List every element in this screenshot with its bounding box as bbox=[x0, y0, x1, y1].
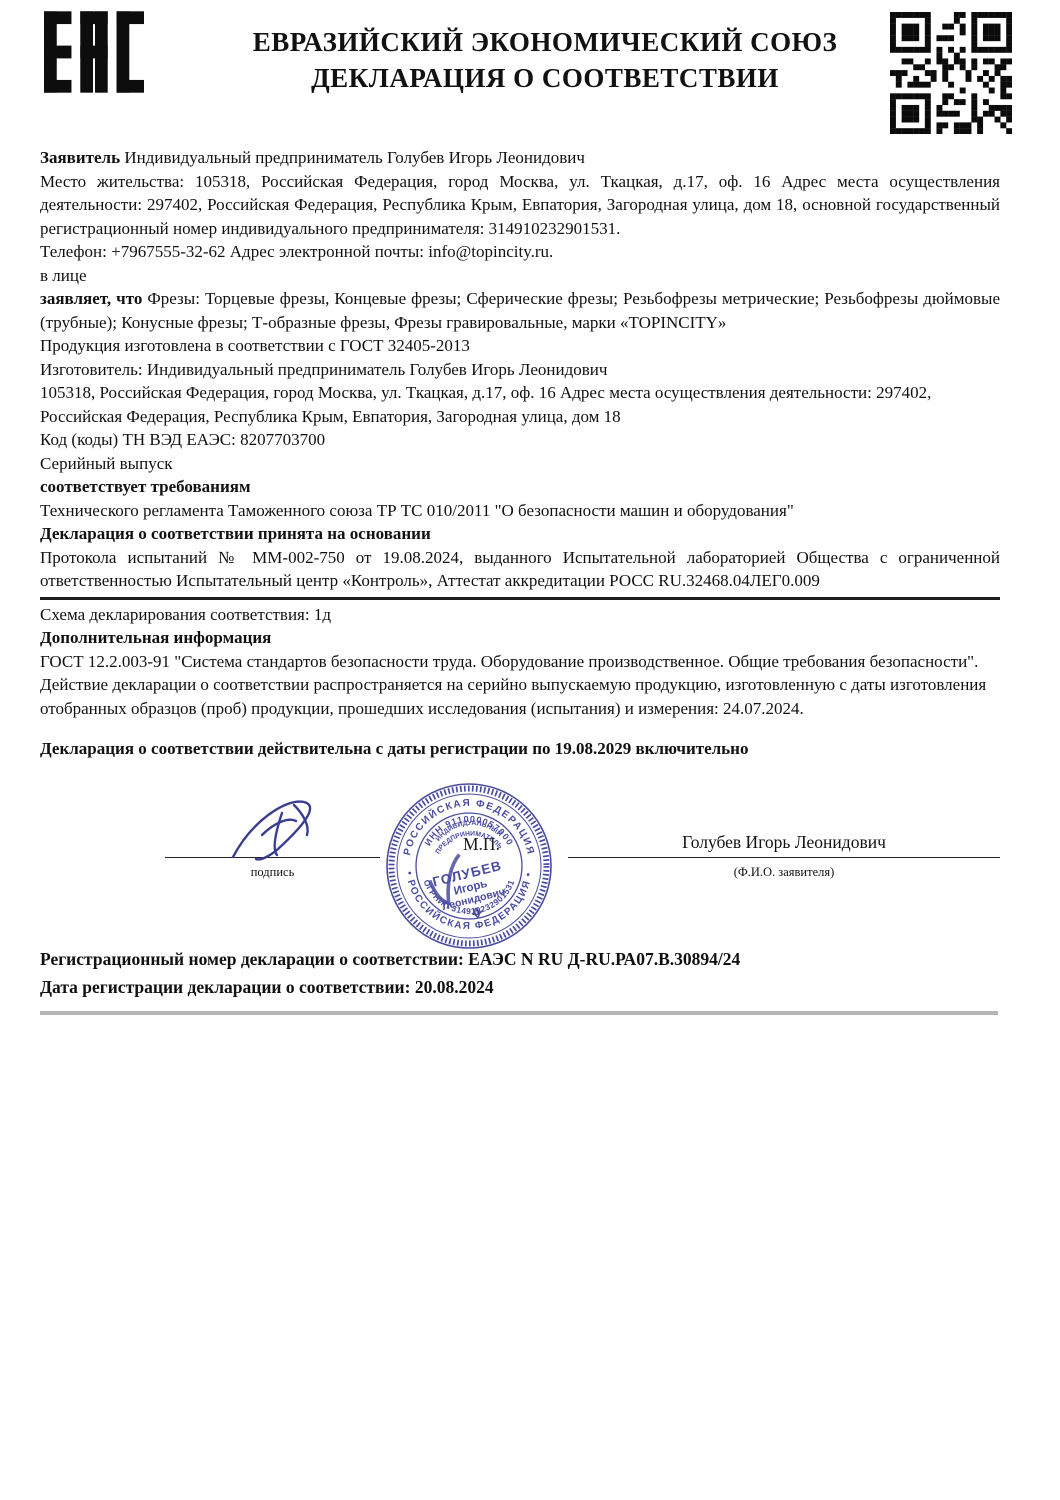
fio-line bbox=[568, 857, 1000, 858]
tn-ved-code: Код (коды) ТН ВЭД ЕАЭС: 8207703700 bbox=[40, 428, 1000, 452]
signature-block: М.П. bbox=[40, 775, 1000, 935]
title-declaration: ДЕКЛАРАЦИЯ О СООТВЕТСТВИИ bbox=[200, 60, 890, 96]
bottom-divider bbox=[40, 1011, 998, 1015]
document-header: ЕВРАЗИЙСКИЙ ЭКОНОМИЧЕСКИЙ СОЮЗ ДЕКЛАРАЦИ… bbox=[0, 0, 1060, 148]
applicant-name: Индивидуальный предприниматель Голубев И… bbox=[120, 148, 585, 167]
serial-issue: Серийный выпуск bbox=[40, 452, 1000, 476]
additional-validity: Действие декларации о соответствии распр… bbox=[40, 673, 1000, 720]
round-stamp: РОССИЙСКАЯ ФЕДЕРАЦИЯ • РОССИЙСКАЯ ФЕДЕРА… bbox=[384, 781, 554, 951]
eac-logo-icon bbox=[44, 10, 144, 94]
additional-gost: ГОСТ 12.2.003-91 "Система стандартов без… bbox=[40, 650, 1000, 674]
basis-label: Декларация о соответствии принята на осн… bbox=[40, 522, 1000, 546]
scheme-line: Схема декларирования соответствия: 1д bbox=[40, 603, 1000, 627]
section-divider bbox=[40, 597, 1000, 600]
applicant-line: Заявитель Индивидуальный предприниматель… bbox=[40, 146, 1000, 170]
title-union: ЕВРАЗИЙСКИЙ ЭКОНОМИЧЕСКИЙ СОЮЗ bbox=[200, 24, 890, 60]
regulation-line: Технического регламента Таможенного союз… bbox=[40, 499, 1000, 523]
applicant-label: Заявитель bbox=[40, 148, 120, 167]
registration-number: ЕАЭС N RU Д-RU.РА07.В.30894/24 bbox=[468, 949, 740, 969]
qr-code bbox=[890, 12, 1012, 134]
declaration-document: ЕВРАЗИЙСКИЙ ЭКОНОМИЧЕСКИЙ СОЮЗ ДЕКЛАРАЦИ… bbox=[0, 0, 1060, 1500]
manufacturer-address: 105318, Российская Федерация, город Моск… bbox=[40, 381, 1000, 428]
document-title: ЕВРАЗИЙСКИЙ ЭКОНОМИЧЕСКИЙ СОЮЗ ДЕКЛАРАЦИ… bbox=[200, 24, 890, 96]
registration-date: 20.08.2024 bbox=[415, 977, 494, 997]
fio-caption: (Ф.И.О. заявителя) bbox=[568, 861, 1000, 885]
validity-statement: Декларация о соответствии действительна … bbox=[40, 737, 1000, 761]
registration-date-line: Дата регистрации декларации о соответств… bbox=[40, 973, 1000, 1001]
document-body: Заявитель Индивидуальный предприниматель… bbox=[40, 146, 1000, 1015]
complies-label: соответствует требованиям bbox=[40, 475, 1000, 499]
applicant-address: Место жительства: 105318, Российская Фед… bbox=[40, 170, 1000, 241]
handwritten-signature bbox=[228, 791, 340, 873]
manufacturer-line: Изготовитель: Индивидуальный предпринима… bbox=[40, 358, 1000, 382]
registration-info: Регистрационный номер декларации о соотв… bbox=[40, 945, 1000, 1001]
declares-label: заявляет, что bbox=[40, 289, 142, 308]
applicant-contacts: Телефон: +7967555-32-62 Адрес электронно… bbox=[40, 240, 1000, 264]
basis-text: Протокола испытаний № ММ-002-750 от 19.0… bbox=[40, 546, 1000, 593]
product-declaration: заявляет, что Фрезы: Торцевые фрезы, Кон… bbox=[40, 287, 1000, 334]
additional-info-label: Дополнительная информация bbox=[40, 626, 1000, 650]
made-per-gost: Продукция изготовлена в соответствии с Г… bbox=[40, 334, 1000, 358]
applicant-fio: Голубев Игорь Леонидович bbox=[568, 831, 1000, 855]
product-list: Фрезы: Торцевые фрезы, Концевые фрезы; С… bbox=[40, 289, 1000, 332]
in-person-line: в лице bbox=[40, 264, 1000, 288]
